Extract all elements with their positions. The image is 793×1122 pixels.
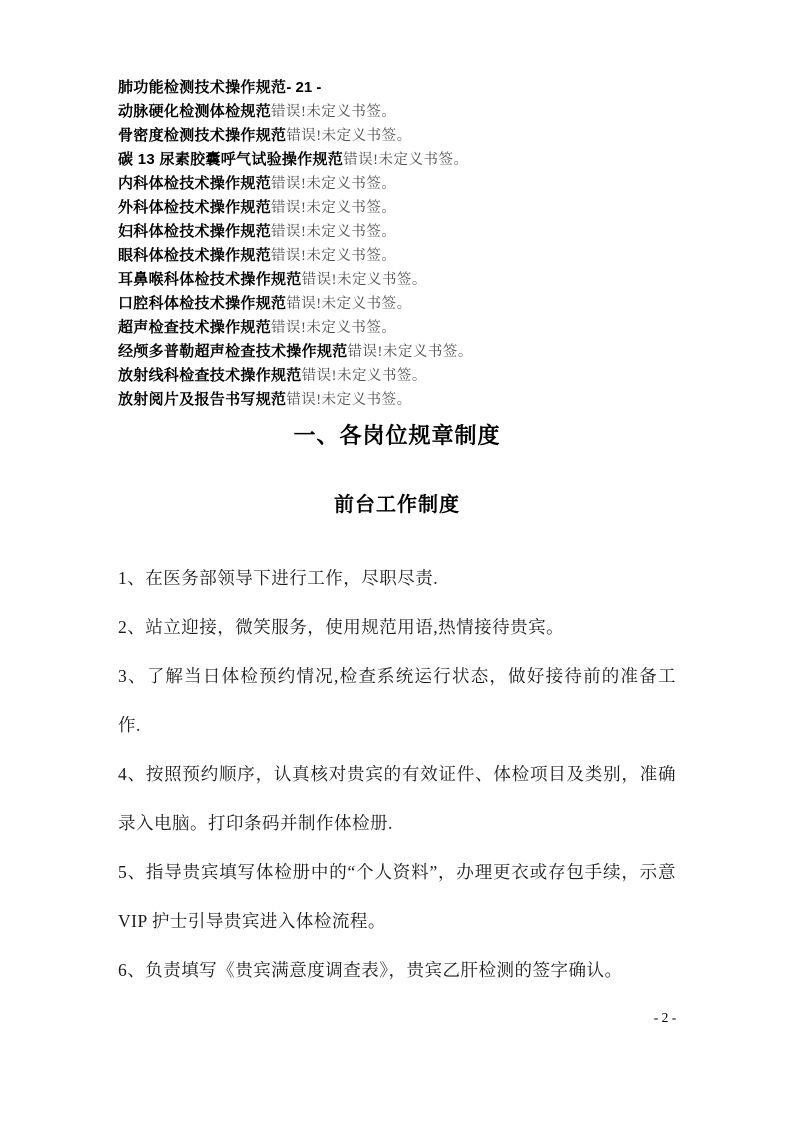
toc-item-title: 内科体检技术操作规范 — [118, 175, 271, 192]
paragraph: 1、在医务部领导下进行工作，尽职尽责. — [118, 554, 676, 603]
toc-item-error-text: 错误!未定义书签。 — [286, 392, 411, 408]
toc-item: 口腔科体检技术操作规范错误!未定义书签。 — [118, 292, 676, 316]
toc-item-error-text: 错误!未定义书签。 — [271, 200, 396, 216]
toc-item-error-text: 错误!未定义书签。 — [271, 176, 396, 192]
toc-item: 超声检查技术操作规范错误!未定义书签。 — [118, 316, 676, 340]
body-paragraphs: 1、在医务部领导下进行工作，尽职尽责.2、站立迎接，微笑服务，使用规范用语,热情… — [118, 554, 676, 995]
toc-item: 肺功能检测技术操作规范- 21 - — [118, 76, 676, 100]
toc-item-title: 眼科体检技术操作规范 — [118, 247, 271, 264]
toc-item-page-ref: - 21 - — [286, 79, 321, 96]
toc-item-title: 超声检查技术操作规范 — [118, 319, 271, 336]
toc-item-error-text: 错误!未定义书签。 — [343, 152, 468, 168]
toc-item-title: 碳 13 尿素胶囊呼气试验操作规范 — [118, 151, 343, 168]
toc-item: 眼科体检技术操作规范错误!未定义书签。 — [118, 244, 676, 268]
toc-item-title: 放射线科检查技术操作规范 — [118, 367, 302, 384]
toc-item: 骨密度检测技术操作规范错误!未定义书签。 — [118, 124, 676, 148]
document-page: 肺功能检测技术操作规范- 21 -动脉硬化检测体检规范错误!未定义书签。骨密度检… — [0, 0, 793, 1122]
paragraph: 2、站立迎接，微笑服务，使用规范用语,热情接待贵宾。 — [118, 603, 676, 652]
toc-item-title: 骨密度检测技术操作规范 — [118, 127, 286, 144]
paragraph: 6、负责填写《贵宾满意度调查表》，贵宾乙肝检测的签字确认。 — [118, 946, 676, 995]
toc-item-title: 妇科体检技术操作规范 — [118, 223, 271, 240]
paragraph: 4、按照预约顺序，认真核对贵宾的有效证件、体检项目及类别，准确录入电脑。打印条码… — [118, 750, 676, 848]
toc-item-error-text: 错误!未定义书签。 — [271, 104, 396, 120]
toc-item-title: 耳鼻喉科体检技术操作规范 — [118, 271, 302, 288]
toc-item: 妇科体检技术操作规范错误!未定义书签。 — [118, 220, 676, 244]
page-number: - 2 - — [640, 1010, 690, 1026]
toc-item-error-text: 错误!未定义书签。 — [271, 248, 396, 264]
toc-item-title: 外科体检技术操作规范 — [118, 199, 271, 216]
toc-item-error-text: 错误!未定义书签。 — [271, 320, 396, 336]
toc-item: 内科体检技术操作规范错误!未定义书签。 — [118, 172, 676, 196]
toc-item-error-text: 错误!未定义书签。 — [286, 128, 411, 144]
toc-item: 动脉硬化检测体检规范错误!未定义书签。 — [118, 100, 676, 124]
toc-item-title: 经颅多普勒超声检查技术操作规范 — [118, 343, 348, 360]
paragraph: 3、了解当日体检预约情况,检查系统运行状态，做好接待前的准备工作. — [118, 652, 676, 750]
toc-item-title: 放射阅片及报告书写规范 — [118, 391, 286, 408]
toc-list: 肺功能检测技术操作规范- 21 -动脉硬化检测体检规范错误!未定义书签。骨密度检… — [118, 76, 676, 412]
toc-item: 外科体检技术操作规范错误!未定义书签。 — [118, 196, 676, 220]
toc-item-error-text: 错误!未定义书签。 — [271, 224, 396, 240]
toc-item-error-text: 错误!未定义书签。 — [302, 272, 427, 288]
toc-item-title: 肺功能检测技术操作规范 — [118, 79, 286, 96]
toc-item: 放射阅片及报告书写规范错误!未定义书签。 — [118, 388, 676, 412]
page-content: 肺功能检测技术操作规范- 21 -动脉硬化检测体检规范错误!未定义书签。骨密度检… — [118, 0, 676, 995]
toc-item-error-text: 错误!未定义书签。 — [348, 344, 473, 360]
section-heading: 一、各岗位规章制度 — [118, 421, 676, 451]
toc-item-error-text: 错误!未定义书签。 — [302, 368, 427, 384]
toc-item-title: 口腔科体检技术操作规范 — [118, 295, 286, 312]
toc-item: 经颅多普勒超声检查技术操作规范错误!未定义书签。 — [118, 340, 676, 364]
toc-item: 耳鼻喉科体检技术操作规范错误!未定义书签。 — [118, 268, 676, 292]
paragraph: 5、指导贵宾填写体检册中的“个人资料”，办理更衣或存包手续，示意 VIP 护士引… — [118, 848, 676, 946]
toc-item-error-text: 错误!未定义书签。 — [286, 296, 411, 312]
subsection-heading: 前台工作制度 — [118, 491, 676, 519]
toc-item: 碳 13 尿素胶囊呼气试验操作规范错误!未定义书签。 — [118, 148, 676, 172]
toc-item: 放射线科检查技术操作规范错误!未定义书签。 — [118, 364, 676, 388]
toc-item-title: 动脉硬化检测体检规范 — [118, 103, 271, 120]
